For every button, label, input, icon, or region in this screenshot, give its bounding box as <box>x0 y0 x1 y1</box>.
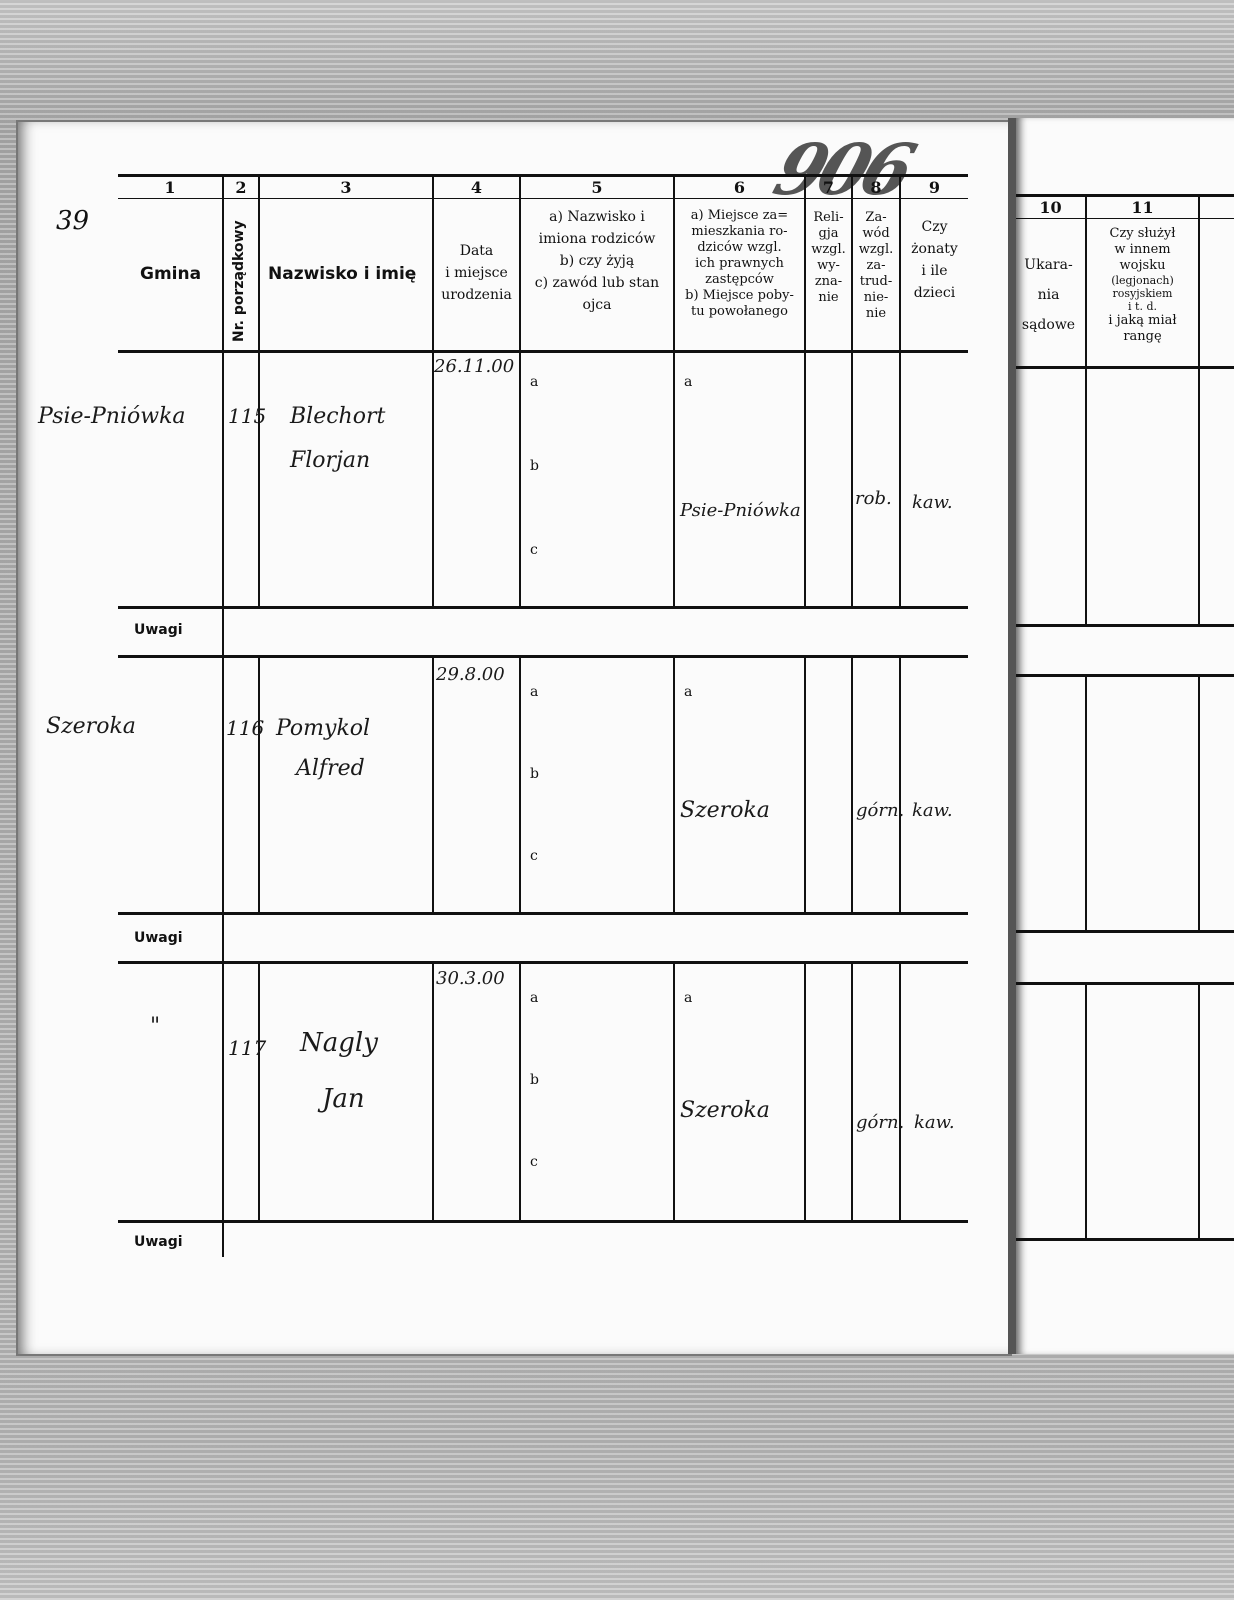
sub-label-a: a <box>684 374 692 390</box>
sub-label-b: b <box>530 766 539 782</box>
col-divider <box>673 658 675 913</box>
remarks-label: Uwagi <box>134 1234 183 1250</box>
header-bottom-rule <box>118 350 968 353</box>
entry-given-name: Alfred <box>296 756 365 781</box>
col-divider <box>1198 196 1200 626</box>
col-number-3: 3 <box>260 178 432 197</box>
col-divider <box>222 176 224 352</box>
col-divider <box>432 964 434 1220</box>
header-col4: Data i miejsce urodzenia <box>434 240 519 306</box>
header-col7: Reli- gja wzgl. wy- zna- nie <box>806 210 851 306</box>
header-col9: Czy żonaty i ile dzieci <box>901 216 968 304</box>
col-number-4: 4 <box>434 178 519 197</box>
right-top-rule <box>1016 194 1234 197</box>
header-nazwisko-imie: Nazwisko i imię <box>268 264 416 284</box>
entry-given-name: Florjan <box>290 448 370 473</box>
col-divider <box>899 658 901 913</box>
entry-gmina: Psie-Pniówka <box>38 404 186 429</box>
remarks-label: Uwagi <box>134 622 183 638</box>
col-number-10: 10 <box>1016 198 1085 217</box>
entry-gmina: Szeroka <box>46 714 136 739</box>
header-col6: a) Miejsce za= mieszkania ro- dziców wzg… <box>675 208 804 320</box>
header-col8: Za- wód wzgl. za- trud- nie- nie <box>853 210 899 322</box>
col-divider <box>899 964 901 1220</box>
col-divider <box>673 352 675 607</box>
col-divider <box>804 964 806 1220</box>
col-divider <box>851 352 853 607</box>
col-divider <box>899 352 901 607</box>
col-divider <box>1085 984 1087 1240</box>
right-entry-rule <box>1016 624 1234 627</box>
col-divider <box>258 964 260 1220</box>
entry-marital: kaw. <box>912 800 953 821</box>
entry-occupation: górn. <box>856 1112 904 1133</box>
top-rule <box>118 174 968 177</box>
col-number-6: 6 <box>675 178 804 197</box>
sub-label-b: b <box>530 458 539 474</box>
right-colnum-rule <box>1016 218 1234 219</box>
entry-nr: 115 <box>228 404 266 428</box>
entry-residence: Szeroka <box>680 798 770 823</box>
col-divider-main <box>222 352 224 1257</box>
col-divider <box>258 352 260 607</box>
col-divider <box>519 658 521 913</box>
sub-label-c: c <box>530 1154 538 1170</box>
right-entry-rule <box>1016 1238 1234 1241</box>
entry-gmina: " <box>150 1014 160 1039</box>
col-divider <box>1085 676 1087 932</box>
entry-marital: kaw. <box>914 1112 955 1133</box>
col-number-2: 2 <box>224 178 258 197</box>
entry-surname: Nagly <box>300 1028 378 1058</box>
col-divider <box>432 658 434 913</box>
entry-residence: Szeroka <box>680 1098 770 1123</box>
col-divider <box>673 964 675 1220</box>
right-entry-rule <box>1016 930 1234 933</box>
remarks-bottom-rule <box>118 961 968 964</box>
entry-nr: 116 <box>226 716 264 740</box>
sub-label-a: a <box>530 684 538 700</box>
sub-label-b: b <box>530 1072 539 1088</box>
colnum-rule <box>118 198 968 199</box>
header-nr-porzadkowy: Nr. porządkowy <box>231 220 247 342</box>
entry-residence: Psie-Pniówka <box>680 500 801 521</box>
col-divider <box>1198 984 1200 1240</box>
entry-bottom-rule <box>118 1220 968 1223</box>
col-number-9: 9 <box>901 178 968 197</box>
col-divider <box>258 658 260 913</box>
col-divider <box>804 352 806 607</box>
header-col10: Ukara- nia sądowe <box>1012 250 1085 340</box>
right-header-bottom-rule <box>1016 366 1234 369</box>
col-divider <box>258 176 260 352</box>
header-col5: a) Nazwisko i imiona rodziców b) czy żyj… <box>521 206 673 316</box>
entry-birth-date: 29.8.00 <box>436 664 505 685</box>
page-mark: 39 <box>56 206 89 236</box>
right-entry-rule <box>1016 674 1234 677</box>
col-divider <box>432 352 434 607</box>
col-divider <box>519 964 521 1220</box>
col-number-5: 5 <box>521 178 673 197</box>
entry-marital: kaw. <box>912 492 953 513</box>
sub-label-a: a <box>684 990 692 1006</box>
col-number-7: 7 <box>806 178 851 197</box>
entry-surname: Blechort <box>290 404 385 429</box>
entry-nr: 117 <box>228 1036 266 1060</box>
sub-label-a: a <box>530 374 538 390</box>
entry-birth-date: 30.3.00 <box>436 968 505 989</box>
entry-surname: Pomykol <box>276 716 370 741</box>
header-col11: Czy służył w innem wojsku (legjonach) ro… <box>1087 226 1198 345</box>
header-gmina: Gmina <box>140 264 201 284</box>
col-number-11: 11 <box>1087 198 1198 217</box>
col-divider <box>804 658 806 913</box>
col-divider <box>1198 676 1200 932</box>
col-divider <box>851 964 853 1220</box>
sub-label-c: c <box>530 542 538 558</box>
entry-given-name: Jan <box>322 1084 365 1114</box>
col-number-1: 1 <box>118 178 222 197</box>
col-divider <box>519 352 521 607</box>
remarks-label: Uwagi <box>134 930 183 946</box>
entry-occupation: rob. <box>855 488 892 509</box>
col-number-8: 8 <box>853 178 899 197</box>
remarks-bottom-rule <box>118 655 968 658</box>
col-divider <box>851 658 853 913</box>
right-entry-rule <box>1016 982 1234 985</box>
entry-birth-date: 26.11.00 <box>434 356 514 377</box>
entry-bottom-rule <box>118 912 968 915</box>
sub-label-a: a <box>530 990 538 1006</box>
entry-occupation: górn. <box>856 800 904 821</box>
sub-label-a: a <box>684 684 692 700</box>
sub-label-c: c <box>530 848 538 864</box>
entry-bottom-rule <box>118 606 968 609</box>
